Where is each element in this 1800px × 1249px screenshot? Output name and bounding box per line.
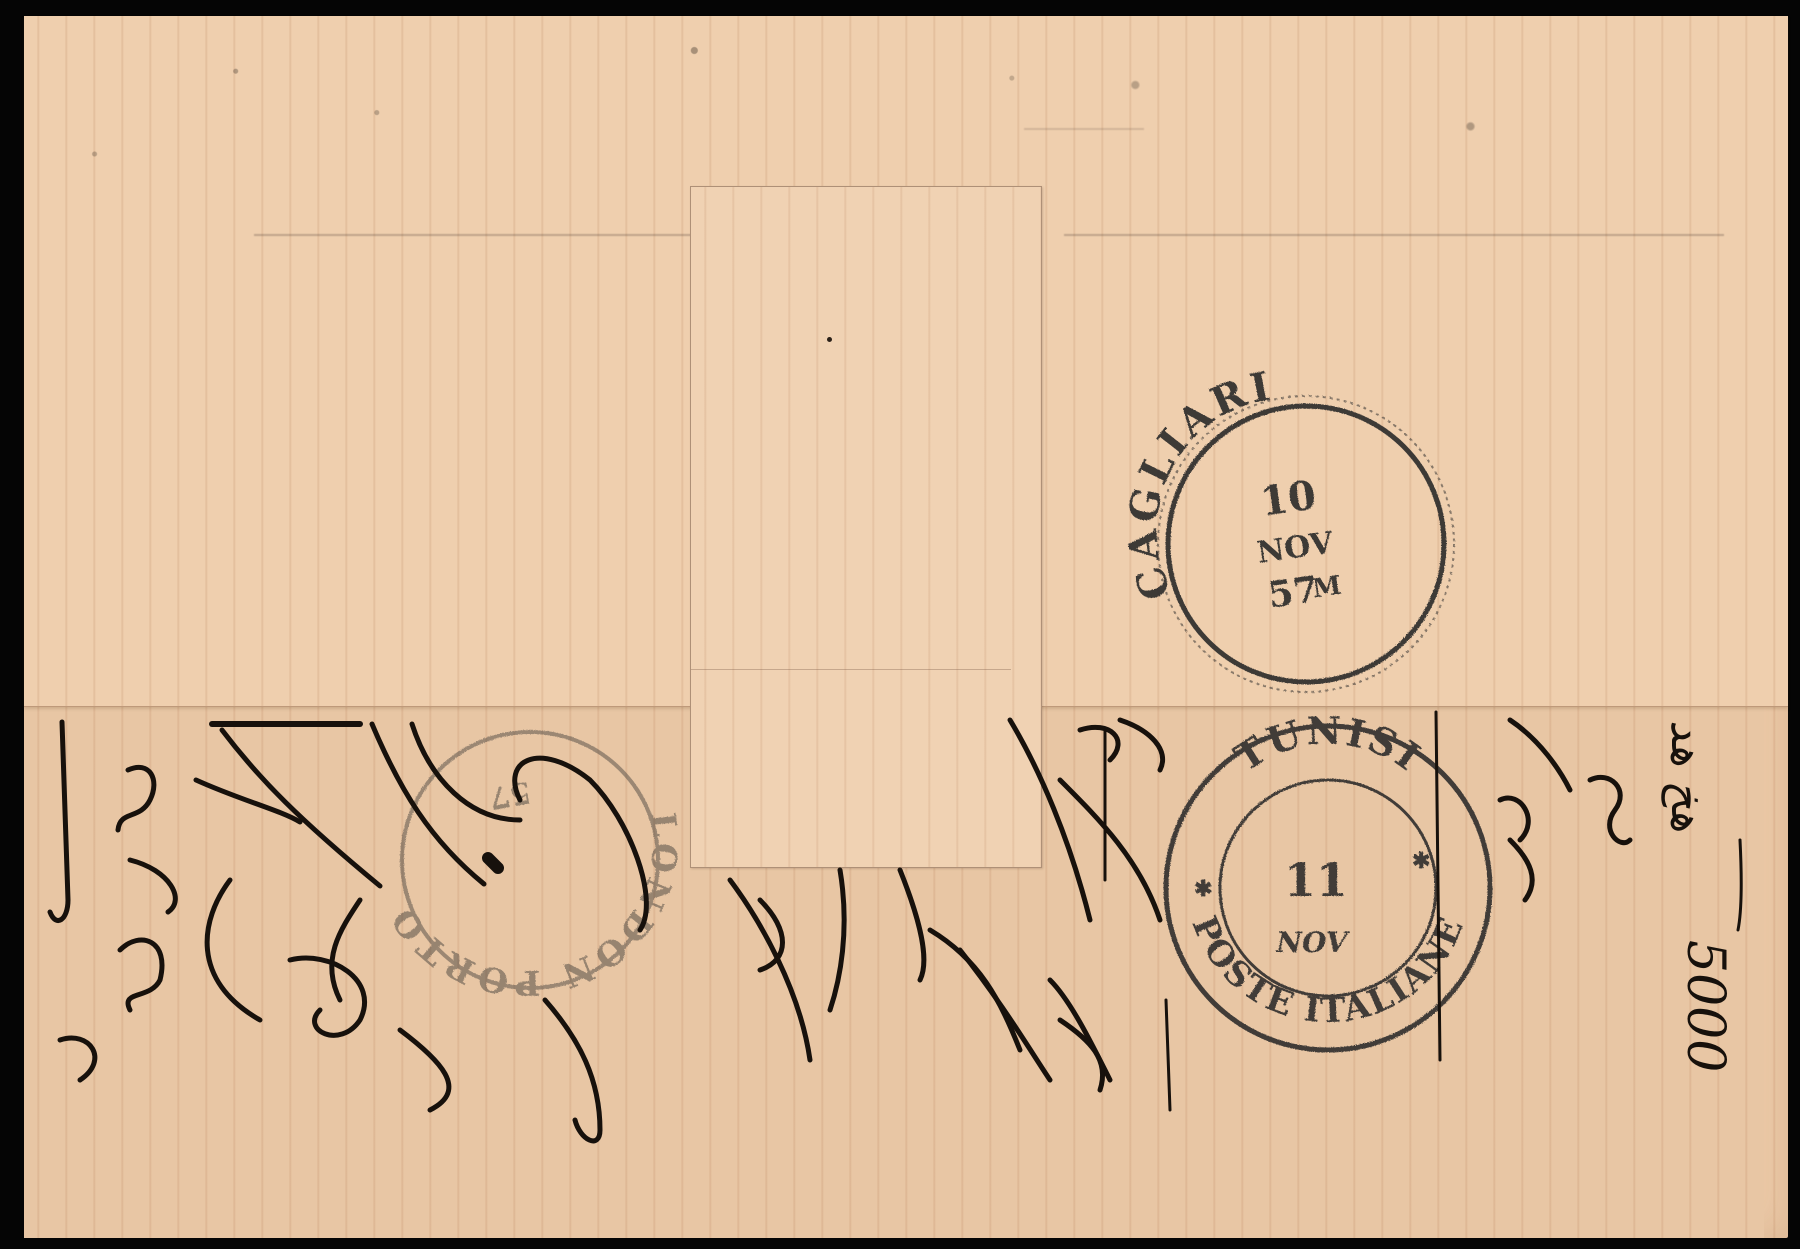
ghost-rule bbox=[254, 234, 724, 236]
laid-paper-texture bbox=[691, 187, 1041, 867]
ghost-rule bbox=[1064, 234, 1724, 236]
ghost-rule bbox=[1024, 128, 1144, 130]
address-panel bbox=[690, 186, 1042, 868]
ink-dot bbox=[827, 337, 832, 342]
panel-fold-line bbox=[691, 669, 1011, 670]
